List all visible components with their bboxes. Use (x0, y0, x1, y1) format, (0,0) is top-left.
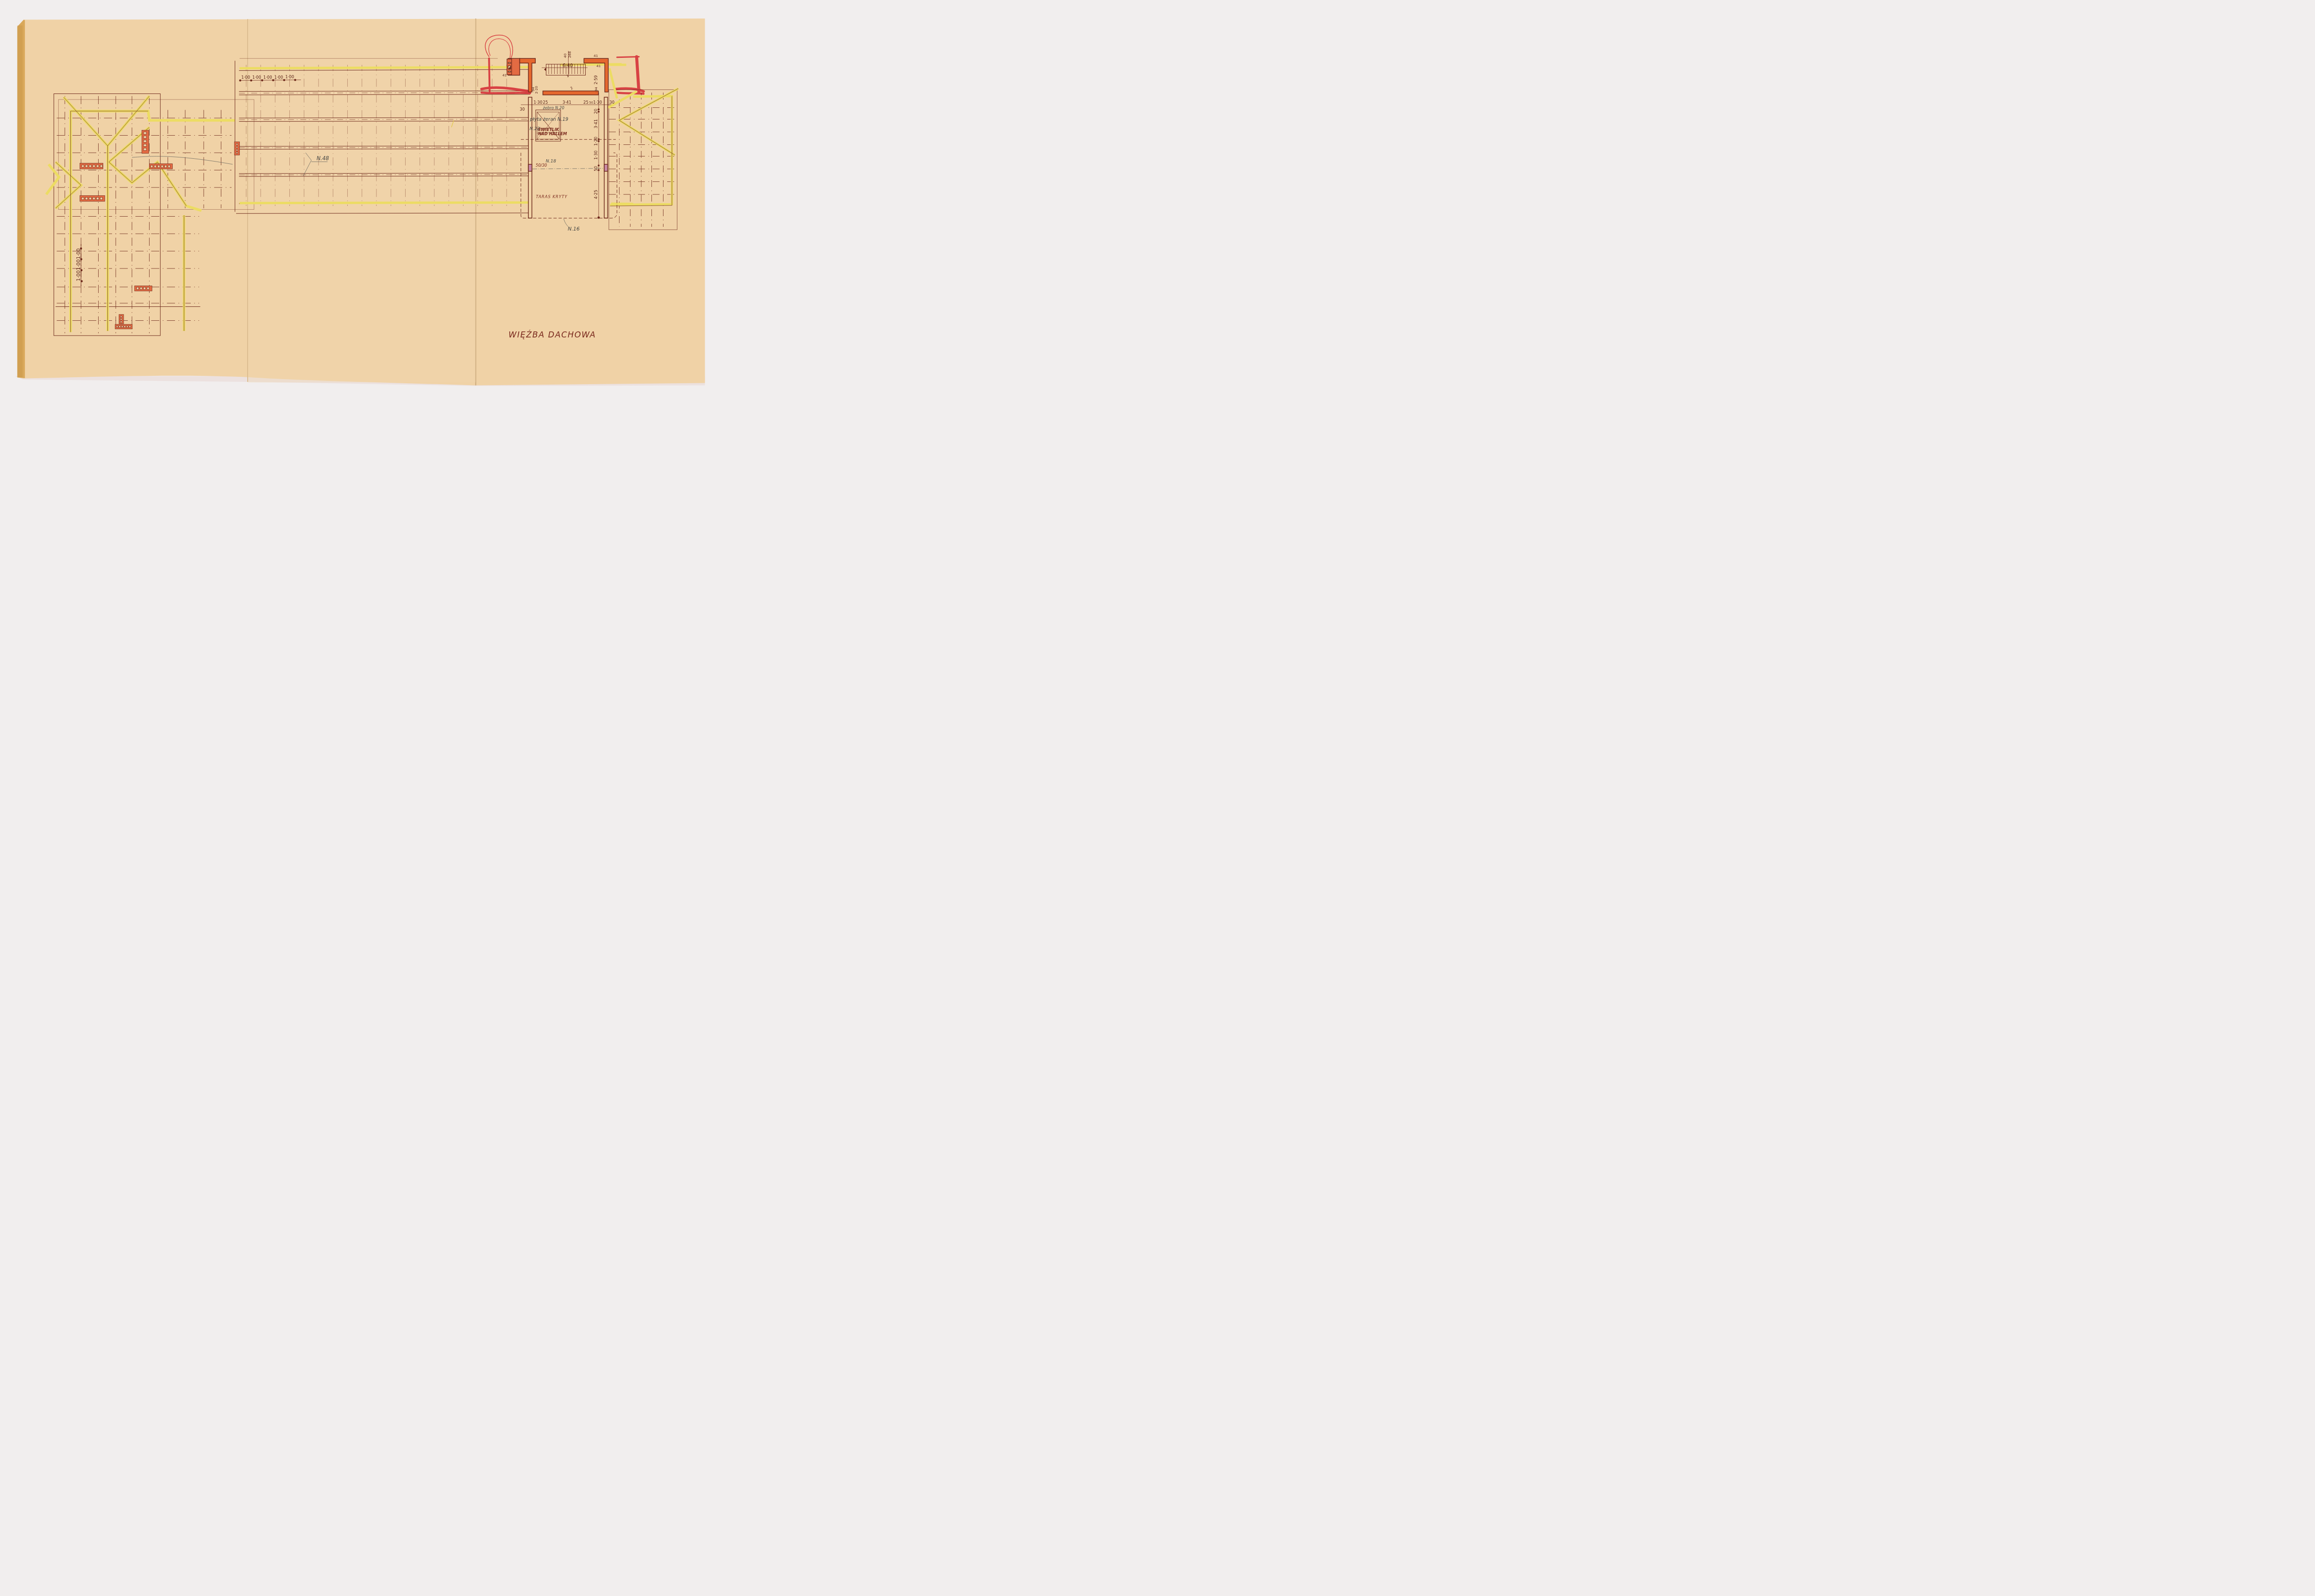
dim-center-3: 1·00 (263, 75, 272, 80)
terrace-label: TARAS KRYTY (536, 195, 568, 199)
dim-v-120: 1·20 (594, 137, 599, 146)
dim-v-130: 1·30 (594, 150, 599, 160)
dim-center-1: 1·00 (241, 75, 250, 80)
drawing-scene: 1·00 1·00 1·00 (0, 0, 721, 399)
dim-center-4: 1·00 (275, 75, 283, 80)
label-zebro: żebro N.20 (543, 106, 564, 111)
dim-v-50: 50 (594, 166, 599, 171)
stair-note-top: 40 (563, 53, 567, 58)
dim-stair-259: 2·59 (594, 75, 599, 84)
center-section: 1·00 1·00 1·00 1·00 1·00 N.48 (234, 58, 530, 213)
skylight-label-1: ŚWIETLIK (538, 127, 560, 132)
roof-truss-plan: 1·00 1·00 1·00 (0, 0, 721, 399)
dim-v-341: 3·41 (594, 119, 599, 128)
label-n16: N.16 (568, 226, 580, 232)
chimney-stair-hall (507, 59, 512, 75)
dim-wall-41a: 41 (502, 73, 507, 77)
dim-stair-94: ·94 (594, 87, 598, 93)
label-plyta: płyta żeran N.19 (530, 117, 569, 122)
dim-h-341: 3·41 (563, 100, 571, 105)
stair-landing-wall (543, 91, 599, 95)
label-n48: N.48 (317, 155, 329, 162)
dim-left-3: 1·00 (76, 270, 81, 281)
column-size: 50/30 (536, 163, 547, 168)
stair-width: 6·40 (563, 63, 573, 69)
dim-left-1: 1·00 (76, 249, 81, 259)
dim-wall-41b: 41 (594, 54, 598, 58)
column-pink-right (604, 164, 608, 171)
drawing-title: WIĘŹBA DACHOWA (508, 330, 596, 340)
spine-stain (18, 25, 23, 377)
label-n22: N.22 (530, 126, 540, 131)
dim-v-20: 20 (594, 109, 599, 114)
dim-h-30: 30 (609, 100, 614, 105)
column-pink-left (528, 164, 532, 171)
dim-center-2: 1·00 (252, 75, 261, 80)
dim-wall-41c: 41 (596, 64, 601, 68)
dim-h-130: 1·30 (534, 100, 543, 105)
dim-left-2: 1·00 (76, 259, 81, 270)
stair-note-bottom: 268 (568, 51, 572, 58)
dim-offset-30: 30 (520, 107, 525, 112)
dim-v-425: 4·25 (594, 190, 599, 199)
dim-h-25a: 25 (543, 100, 548, 105)
dim-center-5: 1·00 (285, 75, 294, 80)
dim-left-220: 2·20 (534, 86, 538, 94)
dim-h-130b: 1·30 (593, 100, 602, 105)
label-n18: N.18 (546, 159, 556, 164)
dim-h-25b: 25 (583, 100, 588, 105)
dim-h-50: 50 (589, 101, 593, 105)
terrace-pier-right (604, 97, 608, 218)
terrace-pier-left (528, 97, 532, 218)
